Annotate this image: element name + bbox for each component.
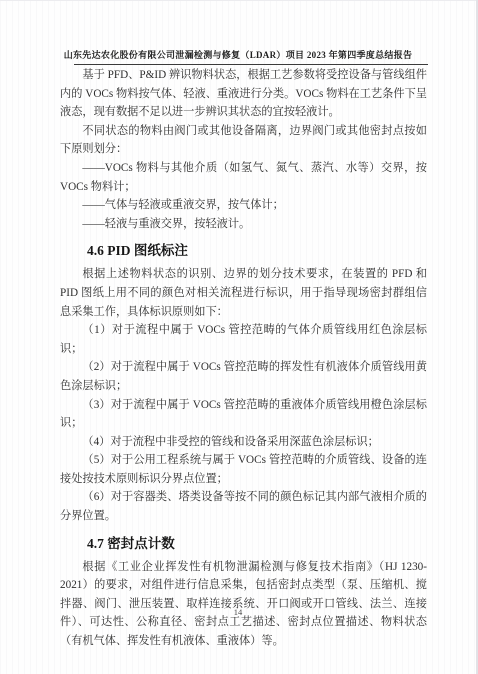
numbered-list-item: （6）对于容器类、塔类设备等按不同的颜色标记其内部气液相介质的分界位置。 [60, 488, 427, 525]
dash-list-item: ——VOCs 物料与其他介质（如氢气、氮气、蒸汽、水等）交界，按 VOCs 物料… [60, 159, 427, 196]
section-heading-4-7: 4.7 密封点计数 [60, 534, 427, 553]
numbered-list-item: （5）对于公用工程系统与属于 VOCs 管控范畴的介质管线、设备的连接处按技术原… [60, 451, 427, 488]
numbered-list-item: （3）对于流程中属于 VOCs 管控范畴的重液体介质管线用橙色涂层标识； [60, 396, 427, 433]
document-page: 山东先达农化股份有限公司泄漏检测与修复（LDAR）项目 2023 年第四季度总结… [0, 0, 478, 674]
paragraph-section-4-7: 根据《工业企业挥发性有机物泄漏检测与修复技术指南》（HJ 1230-2021）的… [60, 558, 427, 651]
paragraph-material-state: 基于 PFD、P&ID 辨识物料状态，根据工艺参数将受控设备与管线组件内的 VO… [60, 66, 427, 122]
document-body: 基于 PFD、P&ID 辨识物料状态，根据工艺参数将受控设备与管线组件内的 VO… [60, 66, 427, 651]
numbered-list-item: （4）对于流程中非受控的管线和设备采用深蓝色涂层标识； [60, 433, 427, 452]
paragraph-section-4-6-intro: 根据上述物料状态的识别、边界的划分技术要求，在装置的 PFD 和 PID 图纸上… [60, 265, 427, 321]
numbered-list-item: （1）对于流程中属于 VOCs 管控范畴的气体介质管线用红色涂层标识； [60, 321, 427, 358]
page-header: 山东先达农化股份有限公司泄漏检测与修复（LDAR）项目 2023 年第四季度总结… [48, 48, 428, 65]
page-footer: 14 [0, 607, 476, 617]
section-heading-4-6: 4.6 PID 图纸标注 [60, 241, 427, 260]
dash-list-item: ——轻液与重液交界，按轻液计。 [60, 215, 427, 234]
running-header-title: 山东先达农化股份有限公司泄漏检测与修复（LDAR）项目 2023 年第四季度总结… [48, 48, 428, 61]
paragraph-boundary-rule: 不同状态的物料由阀门或其他设备隔离，边界阀门或其他密封点按如下原则划分： [60, 122, 427, 159]
dash-list-item: ——气体与轻液或重液交界，按气体计； [60, 196, 427, 215]
header-rule [74, 64, 428, 65]
page-number: 14 [234, 607, 243, 617]
numbered-list-item: （2）对于流程中属于 VOCs 管控范畴的挥发性有机液体介质管线用黄色涂层标识； [60, 358, 427, 395]
